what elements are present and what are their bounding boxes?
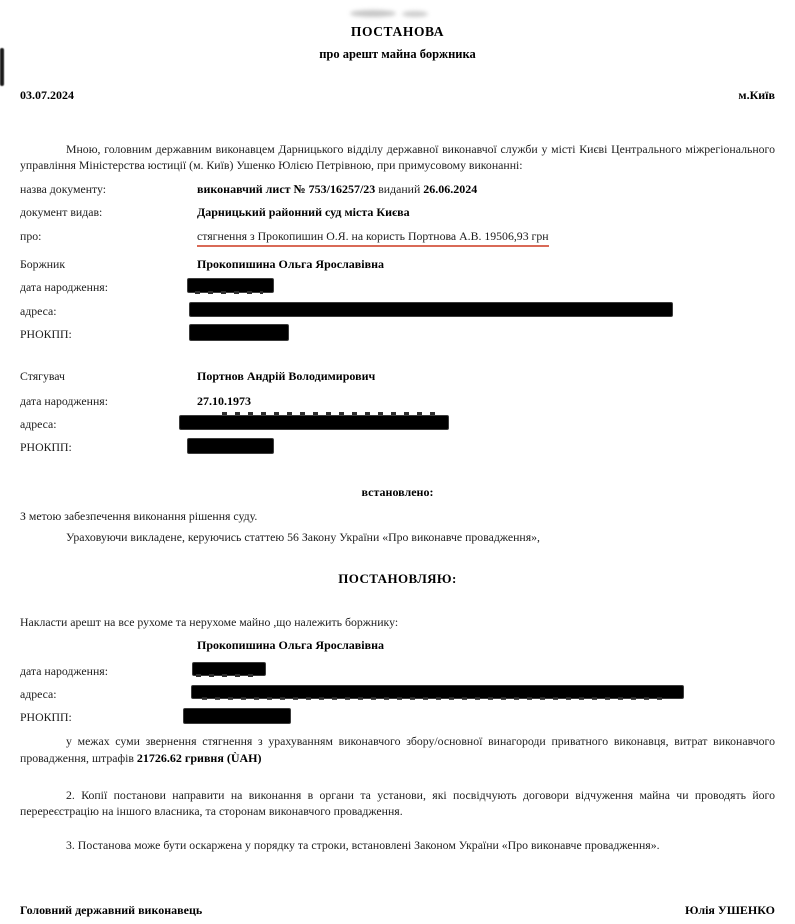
- creditor-label: Стягувач: [20, 369, 197, 383]
- redaction-bar-resolution-address: [197, 686, 775, 698]
- field-debtor-dob: дата народження:: [20, 280, 775, 294]
- scan-artifact-smudge: [350, 10, 396, 17]
- field-creditor-dob: дата народження: 27.10.1973: [20, 394, 775, 408]
- field-issuer: документ видав: Дарницький районний суд …: [20, 205, 775, 219]
- issuer-value: Дарницький районний суд міста Києва: [197, 205, 775, 219]
- executor-name: Юлія УШЕНКО: [685, 903, 775, 918]
- creditor-address-label: адреса:: [20, 417, 197, 431]
- field-creditor-address: адреса:: [20, 417, 775, 431]
- resolution-heading: ПОСТАНОВЛЯЮ:: [20, 571, 775, 587]
- clause-2: 2. Копії постанови направити на виконанн…: [20, 788, 775, 820]
- sum-paragraph: у межах суми звернення стягнення з ураху…: [20, 734, 775, 767]
- field-resolution-rnokpp: РНОКПП:: [20, 710, 775, 724]
- debtor-name: Прокопишина Ольга Ярославівна: [197, 257, 775, 271]
- field-debtor-rnokpp: РНОКПП:: [20, 327, 775, 341]
- document-subtitle: про арешт майна боржника: [20, 47, 775, 62]
- redaction-bar-resolution-rnokpp: [197, 709, 775, 723]
- field-debtor: Боржник Прокопишина Ольга Ярославівна: [20, 257, 775, 271]
- document-page: ПОСТАНОВА про арешт майна боржника 03.07…: [0, 0, 795, 924]
- redaction-bar-creditor-address: [197, 416, 775, 429]
- resolution-rnokpp-label: РНОКПП:: [20, 710, 197, 724]
- debtor-label: Боржник: [20, 257, 197, 271]
- field-resolution-dob: дата народження:: [20, 664, 775, 678]
- document-title: ПОСТАНОВА: [20, 24, 775, 40]
- clause-3: 3. Постанова може бути оскаржена у поряд…: [20, 838, 775, 854]
- field-doc-name: назва документу: виконавчий лист № 753/1…: [20, 182, 775, 196]
- field-about: про: стягнення з Прокопишин О.Я. на кори…: [20, 229, 775, 247]
- debtor-address-label: адреса:: [20, 304, 197, 318]
- field-resolution-address: адреса:: [20, 687, 775, 701]
- date-city-row: 03.07.2024 м.Київ: [20, 88, 775, 103]
- purpose-line: З метою забезпечення виконання рішення с…: [20, 509, 775, 524]
- established-heading: встановлено:: [20, 485, 775, 500]
- signature-row: Головний державний виконавець Юлія УШЕНК…: [20, 903, 775, 918]
- field-creditor: Стягувач Портнов Андрій Володимирович: [20, 369, 775, 383]
- creditor-dob-value: 27.10.1973: [197, 394, 775, 408]
- about-label: про:: [20, 229, 197, 243]
- doc-name-label: назва документу:: [20, 182, 197, 196]
- redaction-bar-debtor-rnokpp: [197, 325, 775, 340]
- resolution-debtor-name: Прокопишина Ольга Ярославівна: [197, 638, 384, 653]
- document-date: 03.07.2024: [20, 88, 74, 103]
- doc-name-issued-word: виданий: [375, 182, 423, 196]
- creditor-name: Портнов Андрій Володимирович: [197, 369, 775, 383]
- redaction-bar-debtor-dob: [197, 279, 775, 292]
- resolution-address-label: адреса:: [20, 687, 197, 701]
- issuer-label: документ видав:: [20, 205, 197, 219]
- field-debtor-address: адреса:: [20, 304, 775, 318]
- intro-paragraph: Мною, головним державним виконавцем Дарн…: [20, 142, 775, 174]
- field-creditor-rnokpp: РНОКПП:: [20, 440, 775, 454]
- debtor-rnokpp-label: РНОКПП:: [20, 327, 197, 341]
- creditor-dob-label: дата народження:: [20, 394, 197, 408]
- basis-line: Ураховуючи викладене, керуючись статтею …: [20, 530, 775, 545]
- creditor-rnokpp-label: РНОКПП:: [20, 440, 197, 454]
- sum-prefix: у межах суми звернення стягнення з ураху…: [20, 734, 775, 765]
- doc-name-value: виконавчий лист № 753/16257/23 виданий 2…: [197, 182, 775, 196]
- about-value: стягнення з Прокопишин О.Я. на користь П…: [197, 229, 775, 247]
- resolution-dob-label: дата народження:: [20, 664, 197, 678]
- arrest-clause: Накласти арешт на все рухоме та нерухоме…: [20, 615, 775, 630]
- redaction-bar-creditor-rnokpp: [197, 439, 775, 453]
- redaction-bar-debtor-address: [197, 303, 775, 316]
- doc-name-number: виконавчий лист № 753/16257/23: [197, 182, 375, 196]
- sum-amount: 21726.62 гривня (ÙAH): [137, 751, 262, 765]
- debtor-dob-label: дата народження:: [20, 280, 197, 294]
- scan-artifact-smudge: [402, 11, 428, 17]
- redaction-bar-resolution-dob: [197, 663, 775, 675]
- scan-artifact-left-edge: [0, 48, 4, 86]
- about-value-underlined: стягнення з Прокопишин О.Я. на користь П…: [197, 229, 549, 247]
- document-city: м.Київ: [738, 88, 775, 103]
- doc-name-issue-date: 26.06.2024: [423, 182, 477, 196]
- executor-title: Головний державний виконавець: [20, 903, 202, 918]
